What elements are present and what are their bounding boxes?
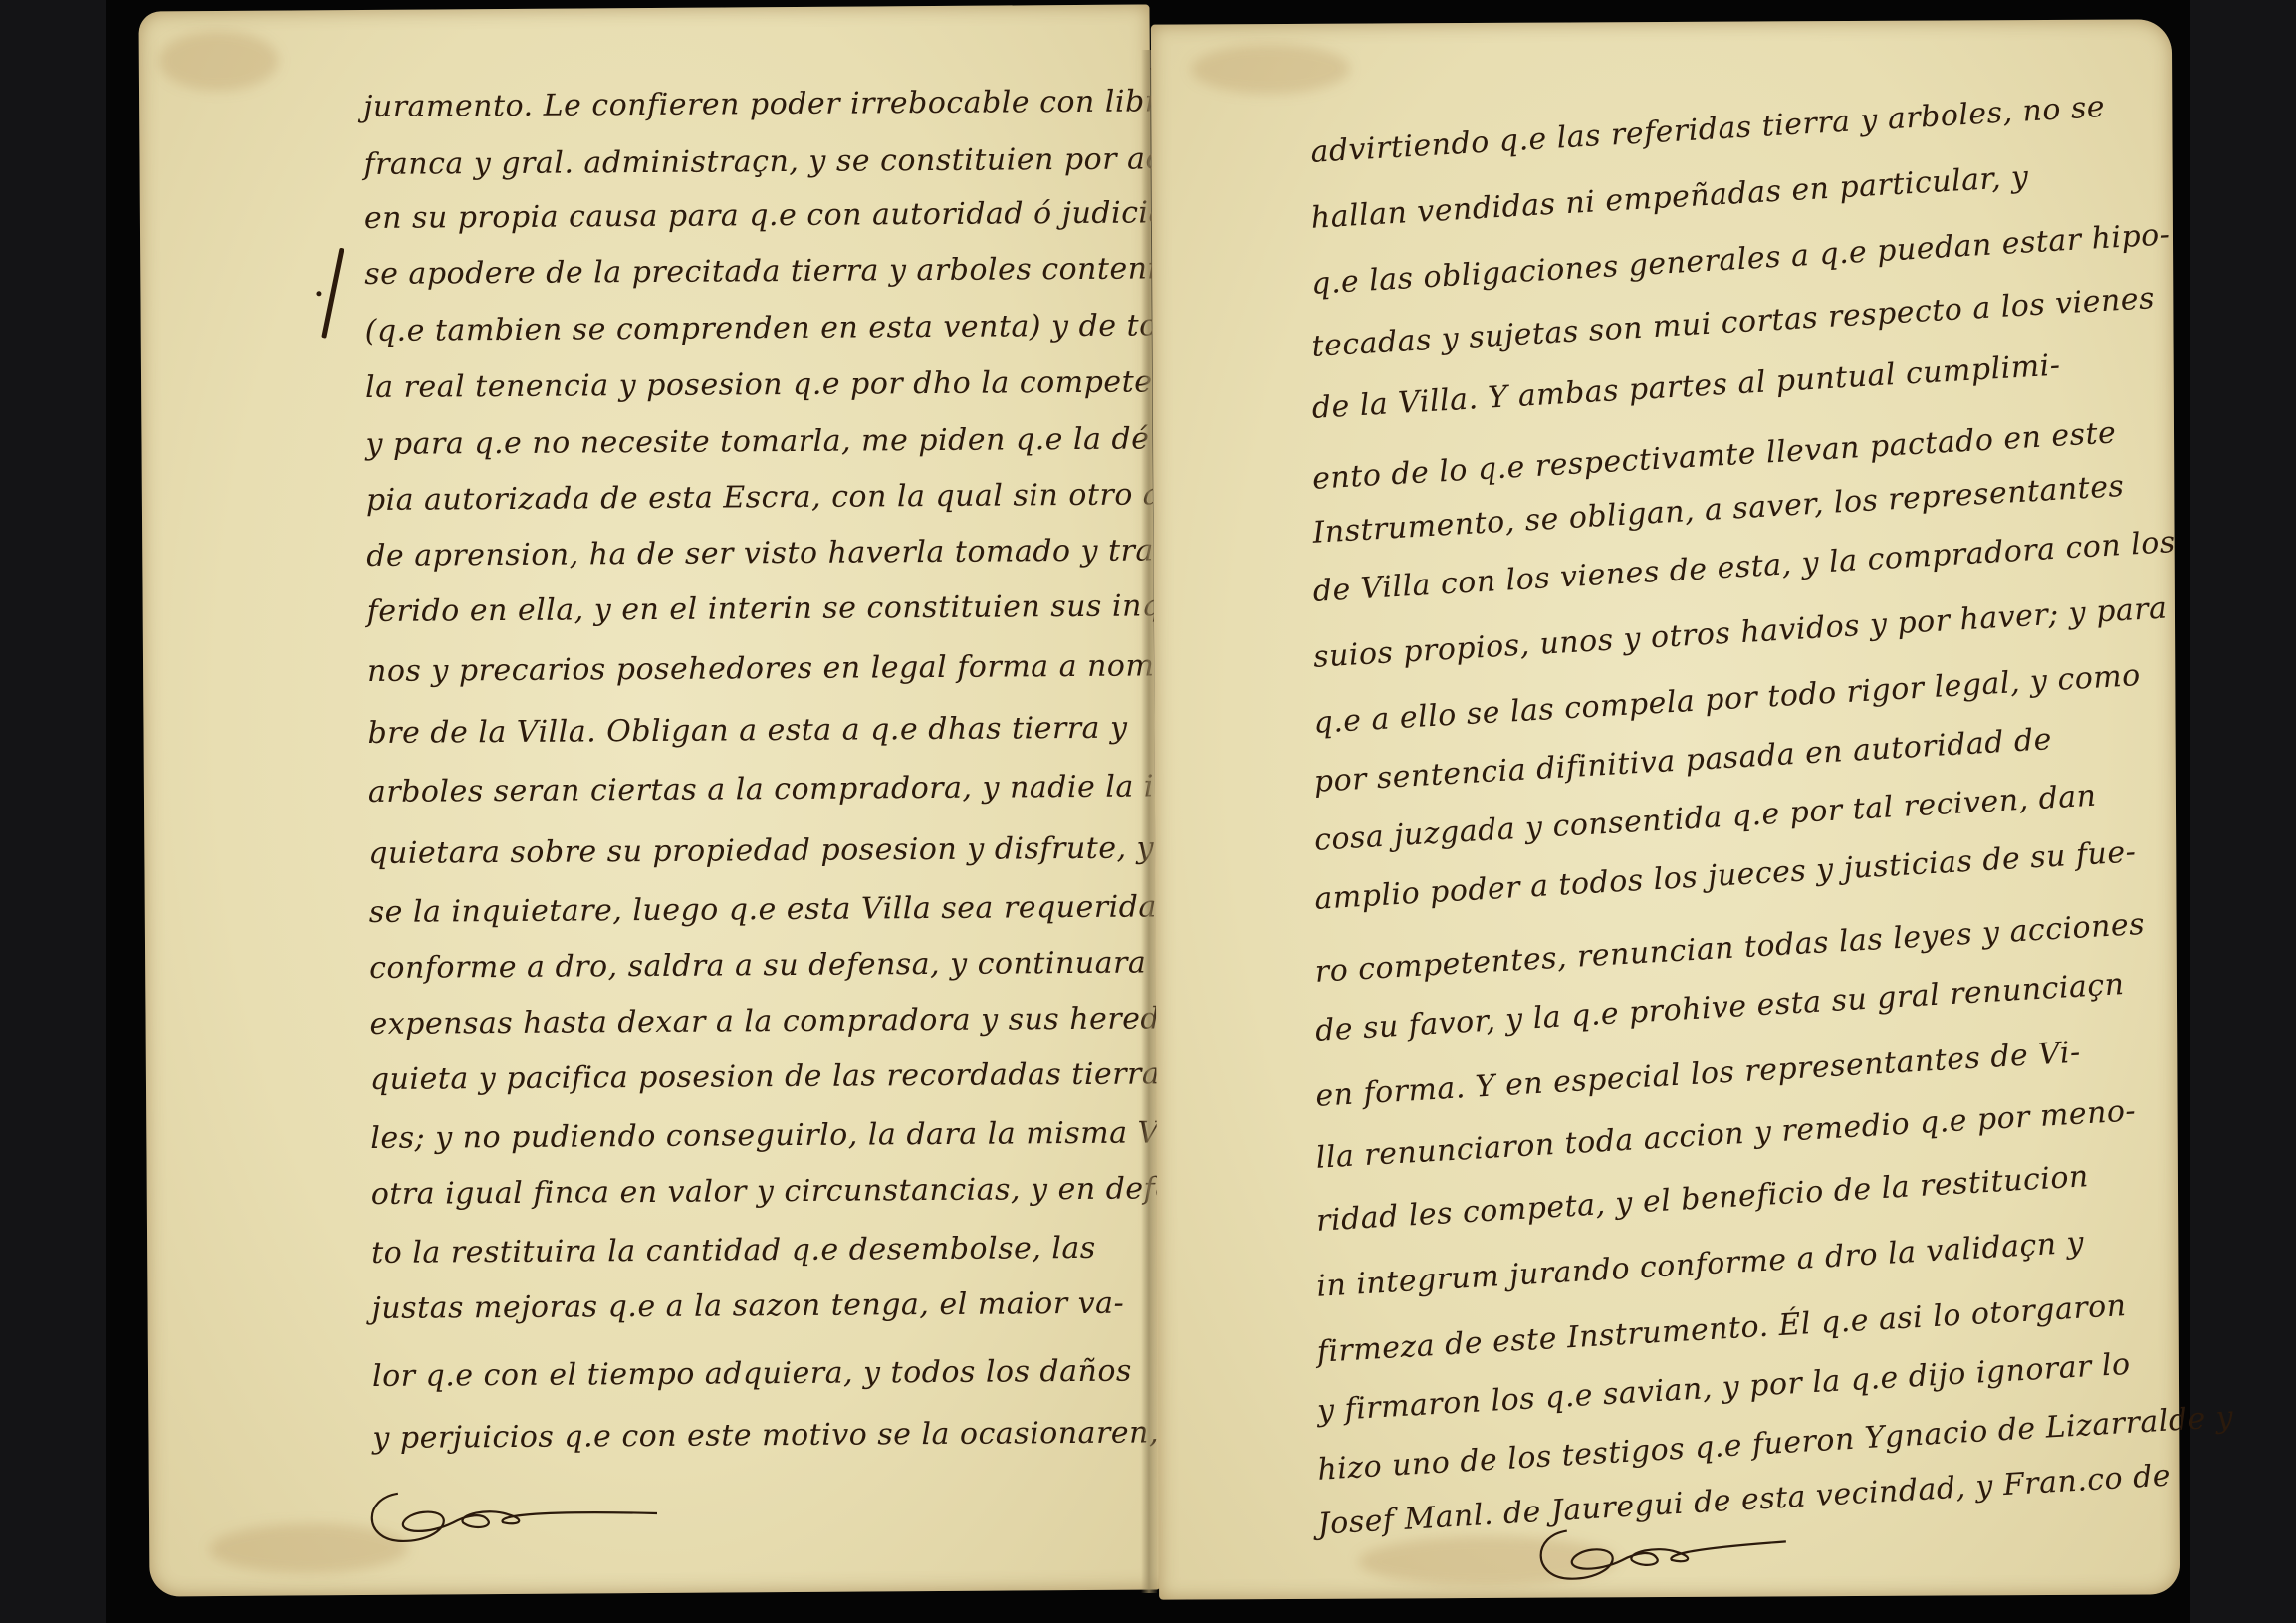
text-line: en su propia causa para q.e con autorida…: [364, 195, 1237, 236]
text-line: y perjuicios q.e con este motivo se la o…: [372, 1415, 1159, 1456]
text-line: conforme a dro, saldra a su defensa, y c…: [369, 945, 1236, 986]
text-line: franca y gral. administraçn, y se consti…: [363, 141, 1243, 182]
right-page: advirtiendo q.e las referidas tierra y a…: [1151, 19, 2180, 1599]
text-line: otra igual finca en valor y circunstanci…: [371, 1171, 1202, 1212]
text-line: les; y no pudiendo conseguirlo, la dara …: [370, 1115, 1208, 1156]
text-line: y para q.e no necesite tomarla, me piden…: [365, 421, 1206, 462]
left-page-text: juramento. Le confieren poder irrebocabl…: [138, 4, 1160, 1596]
text-line: pia autorizada de esta Escra, con la qua…: [366, 477, 1210, 518]
text-line: expensas hasta dexar a la compradora y s…: [369, 1001, 1274, 1042]
text-line: la real tenencia y posesion q.e por dho …: [365, 364, 1163, 405]
signature-rubric-icon: [1527, 1519, 1846, 1591]
text-line: juramento. Le confieren poder irrebocabl…: [363, 84, 1178, 124]
text-line: de la Villa. Y ambas partes al puntual c…: [1311, 348, 2061, 426]
text-line: bre de la Villa. Obligan a esta a q.e dh…: [367, 711, 1127, 751]
text-line: suios propios, unos y otros havidos y po…: [1312, 590, 2168, 674]
text-line: en forma. Y en especial los representant…: [1314, 1036, 2081, 1114]
text-line: lor q.e con el tiempo adquiera, y todos …: [372, 1354, 1132, 1394]
text-line: arboles seran ciertas a la compradora, y…: [368, 769, 1185, 810]
left-page: juramento. Le confieren poder irrebocabl…: [138, 4, 1160, 1596]
text-line: advirtiendo q.e las referidas tierra y a…: [1310, 90, 2106, 170]
text-line: to la restituira la cantidad q.e desembo…: [371, 1231, 1096, 1271]
text-line: nos y precarios posehedores en legal for…: [367, 648, 1165, 689]
signature-rubric-icon: [358, 1482, 677, 1553]
text-line: de aprension, ha de ser visto haverla to…: [366, 533, 1200, 574]
text-line: hallan vendidas ni empeñadas en particul…: [1310, 159, 2030, 235]
text-line: justas mejoras q.e a la sazon tenga, el …: [371, 1286, 1124, 1326]
text-line: in integrum jurando conforme a dro la va…: [1315, 1225, 2084, 1303]
right-page-text: advirtiendo q.e las referidas tierra y a…: [1151, 19, 2180, 1599]
text-line: quietara sobre su propiedad posesion y d…: [368, 830, 1190, 871]
text-line: ridad les competa, y el beneficio de la …: [1315, 1159, 2089, 1239]
text-line: ferido en ella, y en el interin se const…: [367, 588, 1223, 629]
text-line: se la inquietare, luego q.e esta Villa s…: [369, 889, 1157, 930]
